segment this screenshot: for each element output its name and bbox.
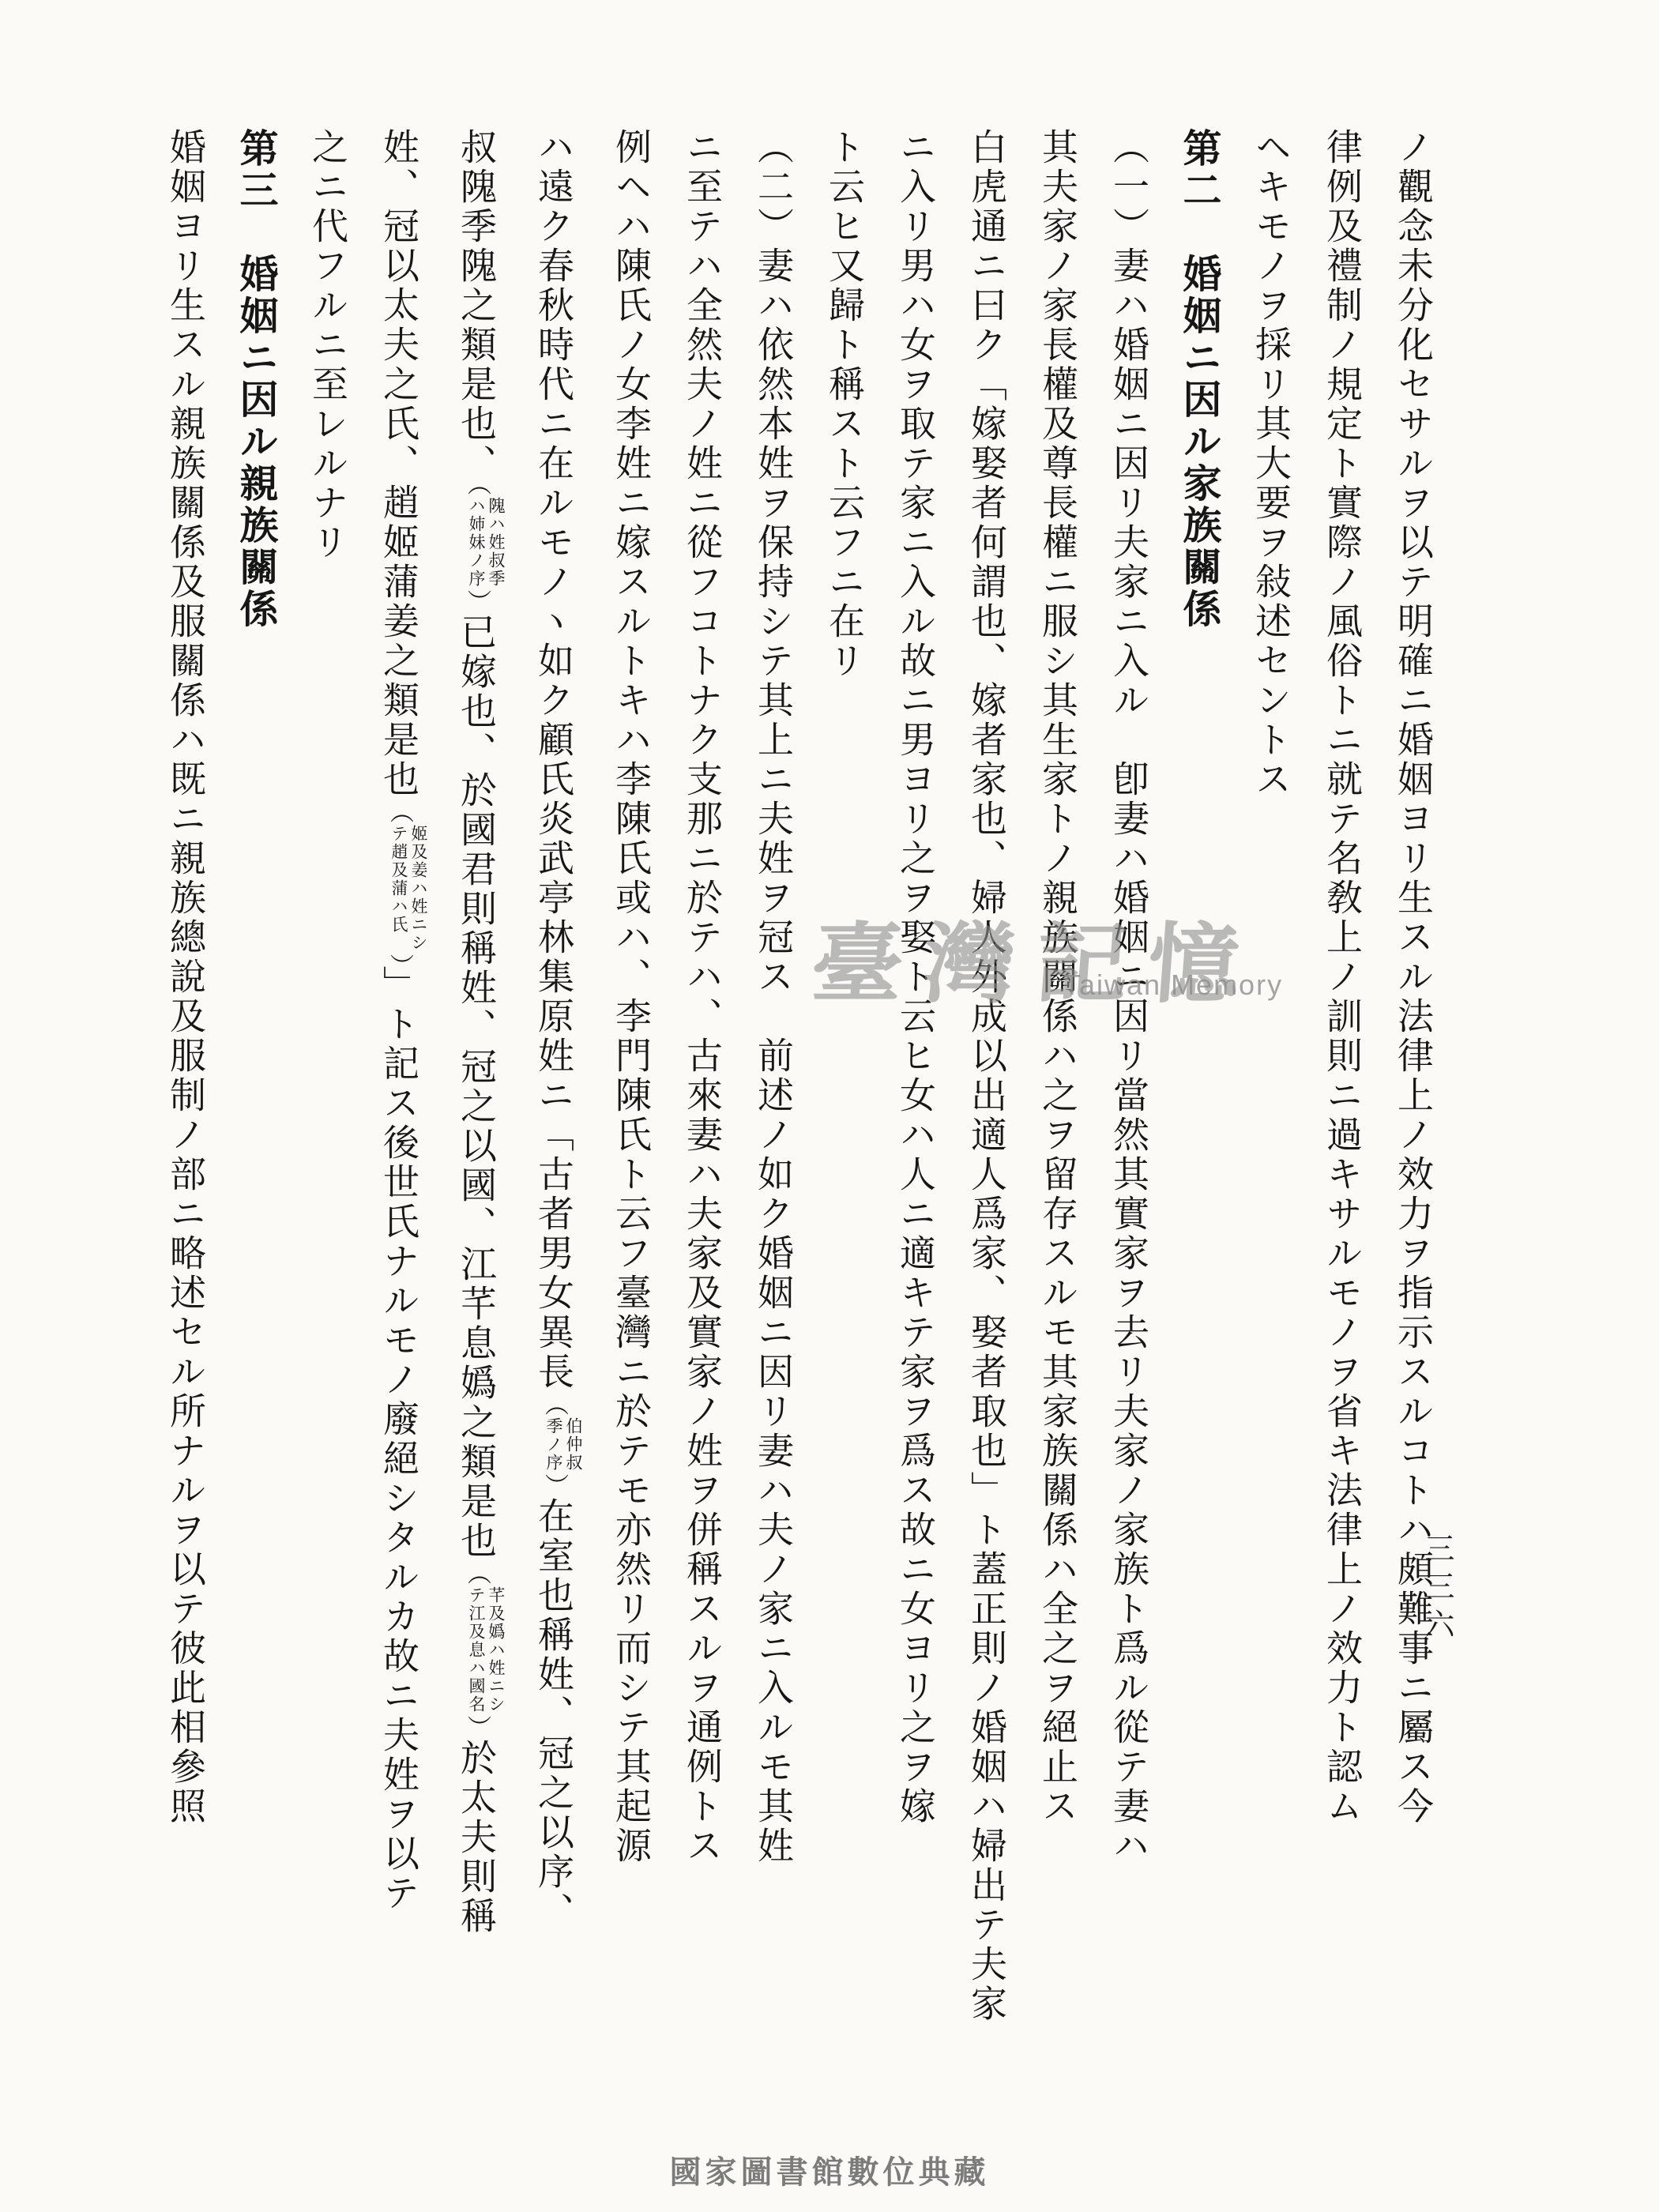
- inline-annotation: 芊及嬀ハ姓ニシテ江及息ハ國名: [466, 1586, 506, 1714]
- scanned-page: ノ觀念未分化セサルヲ以テ明確ニ婚姻ヨリ生スル法律上ノ效力ヲ指示スルコトハ頗難事ニ…: [0, 0, 1659, 2212]
- annotation-open-paren: （: [386, 799, 413, 823]
- text-column: ノ觀念未分化セサルヲ以テ明確ニ婚姻ヨリ生スル法律上ノ效力ヲ指示スルコトハ頗難事ニ…: [1390, 128, 1436, 2024]
- column-text: 白虎通ニ曰ク「嫁娶者何謂也、嫁者家也、婦人外成以出適人爲家、娶者取也」ト蓋正則ノ…: [965, 128, 1008, 2024]
- taiwan-memory-watermark-latin: Taiwan Memory: [1063, 969, 1283, 1002]
- column-text: 例ヘハ陳氏ノ女李姓ニ嫁スルトキハ李陳氏或ハ、李門陳氏ト云フ臺灣ニ於テモ亦然リ而シ…: [610, 128, 653, 1866]
- column-text: ヘキモノヲ採リ其大要ヲ敍述セントス: [1250, 128, 1292, 799]
- inline-annotation: 伯仲叔季ノ序: [544, 1417, 583, 1472]
- annotation-line: テ趙及蒲ハ氏: [389, 825, 408, 952]
- inline-annotation: 隗ハ姓叔季ハ姉妹ノ序: [466, 497, 506, 588]
- text-column: 之ニ代フルニ至レルナリ: [305, 128, 351, 2024]
- section-heading-column: 第三 婚姻ニ因ル親族關係: [234, 128, 280, 2024]
- annotation-line: 伯仲叔: [563, 1417, 583, 1472]
- text-column: 律例及禮制ノ規定ト實際ノ風俗トニ就テ名敎上ノ訓則ニ過キサルモノヲ省キ法律上ノ效力…: [1319, 128, 1365, 2024]
- column-text: 」ト記ス後世氏ナルモノ廢絕シタルカ故ニ夫姓ヲ以テ: [378, 965, 420, 1913]
- annotation-close-paren: ）: [463, 1715, 491, 1739]
- text-column: ニ入リ男ハ女ヲ取テ家ニ入ル故ニ男ヨリ之ヲ娶ト云ヒ女ハ人ニ適キテ家ヲ爲ス故ニ女ヨリ…: [893, 128, 939, 2024]
- annotation-line: 季ノ序: [544, 1417, 563, 1472]
- text-column: 叔隗季隗之類是也、（隗ハ姓叔季ハ姉妹ノ序）已嫁也、於國君則稱姓、冠之以國、江芊息…: [453, 128, 506, 2024]
- column-text: 第二 婚姻ニ因ル家族關係: [1177, 128, 1223, 630]
- text-column: 其夫家ノ家長權及尊長權ニ服シ其生家トノ親族關係ハ之ヲ留存スルモ其家族關係ハ全之ヲ…: [1035, 128, 1081, 2024]
- annotation-close-paren: ）: [386, 954, 413, 965]
- annotation-open-paren: （: [540, 1392, 568, 1416]
- library-archive-footer: 國家圖書館數位典藏: [670, 2147, 990, 2192]
- section-heading-column: 第二 婚姻ニ因ル家族關係: [1177, 128, 1223, 2024]
- column-text: 在室也稱姓、冠之以序、: [532, 1497, 575, 1932]
- column-text: 之ニ代フルニ至レルナリ: [307, 128, 349, 562]
- text-column: 婚姻ヨリ生スル親族關係及服關係ハ既ニ親族總說及服制ノ部ニ略述セル所ナルヲ以テ彼此…: [163, 128, 209, 2024]
- column-text: 律例及禮制ノ規定ト實際ノ風俗トニ就テ名敎上ノ訓則ニ過キサルモノヲ省キ法律上ノ效力…: [1321, 128, 1364, 1826]
- text-column: 例ヘハ陳氏ノ女李姓ニ嫁スルトキハ李陳氏或ハ、李門陳氏ト云フ臺灣ニ於テモ亦然リ而シ…: [608, 128, 654, 2024]
- annotation-line: 隗ハ姓叔季: [486, 497, 506, 588]
- column-text: 第三 婚姻ニ因ル親族關係: [234, 128, 280, 630]
- text-column: （一）妻ハ婚姻ニ因リ夫家ニ入ル 卽妻ハ婚姻ニ因リ當然其實家ヲ去リ夫家ノ家族ト爲ル…: [1106, 128, 1152, 2024]
- text-column: 白虎通ニ曰ク「嫁娶者何謂也、嫁者家也、婦人外成以出適人爲家、娶者取也」ト蓋正則ノ…: [964, 128, 1010, 2024]
- annotation-open-paren: （: [463, 483, 491, 495]
- annotation-line: 姬及姜ハ姓ニシ: [408, 825, 428, 952]
- column-text: 姓、冠以太夫之氏、趙姬蒲姜之類是也: [378, 128, 420, 799]
- text-column: 姓、冠以太夫之氏、趙姬蒲姜之類是也（姬及姜ハ姓ニシテ趙及蒲ハ氏）」ト記ス後世氏ナ…: [376, 128, 428, 2024]
- page-number: 三三六: [1416, 1533, 1459, 1646]
- text-column: ヘキモノヲ採リ其大要ヲ敍述セントス: [1248, 128, 1294, 2024]
- column-text: 叔隗季隗之類是也、: [455, 128, 498, 483]
- column-text: ニ至テハ全然夫ノ姓ニ從フコトナク支那ニ於テハ、古來妻ハ夫家及實家ノ姓ヲ併稱スルヲ…: [681, 128, 724, 1866]
- text-column: ハ遠ク春秋時代ニ在ルモノヽ如ク顧氏炎武亭林集原姓ニ「古者男女異長（伯仲叔季ノ序）…: [531, 128, 583, 2024]
- column-text: 於太夫則稱: [455, 1739, 498, 1936]
- column-text: （二）妻ハ依然本姓ヲ保持シテ其上ニ夫姓ヲ冠ス 前述ノ如ク婚姻ニ因リ妻ハ夫ノ家ニ入…: [752, 128, 795, 1866]
- column-text: ト云ヒ又歸ト稱スト云フニ在リ: [823, 128, 866, 681]
- text-column: ト云ヒ又歸ト稱スト云フニ在リ: [822, 128, 867, 2024]
- column-text: 已嫁也、於國君則稱姓、冠之以國、江芊息嬀之類是也: [455, 613, 498, 1561]
- annotation-close-paren: ）: [463, 589, 491, 613]
- column-text: 婚姻ヨリ生スル親族關係及服關係ハ既ニ親族總說及服制ノ部ニ略述セル所ナルヲ以テ彼此…: [164, 128, 207, 1826]
- annotation-line: ハ姉妹ノ序: [466, 497, 486, 588]
- text-column: ニ至テハ全然夫ノ姓ニ從フコトナク支那ニ於テハ、古來妻ハ夫家及實家ノ姓ヲ併稱スルヲ…: [679, 128, 725, 2024]
- annotation-close-paren: ）: [540, 1473, 568, 1497]
- column-text: ハ遠ク春秋時代ニ在ルモノヽ如ク顧氏炎武亭林集原姓ニ「古者男女異長: [532, 128, 575, 1392]
- text-column: （二）妻ハ依然本姓ヲ保持シテ其上ニ夫姓ヲ冠ス 前述ノ如ク婚姻ニ因リ妻ハ夫ノ家ニ入…: [750, 128, 796, 2024]
- annotation-line: 芊及嬀ハ姓ニシ: [486, 1586, 506, 1714]
- annotation-open-paren: （: [463, 1561, 491, 1585]
- inline-annotation: 姬及姜ハ姓ニシテ趙及蒲ハ氏: [389, 825, 428, 952]
- annotation-line: テ江及息ハ國名: [466, 1586, 486, 1714]
- vertical-text-columns: ノ觀念未分化セサルヲ以テ明確ニ婚姻ヨリ生スル法律上ノ效力ヲ指示スルコトハ頗難事ニ…: [137, 128, 1436, 2024]
